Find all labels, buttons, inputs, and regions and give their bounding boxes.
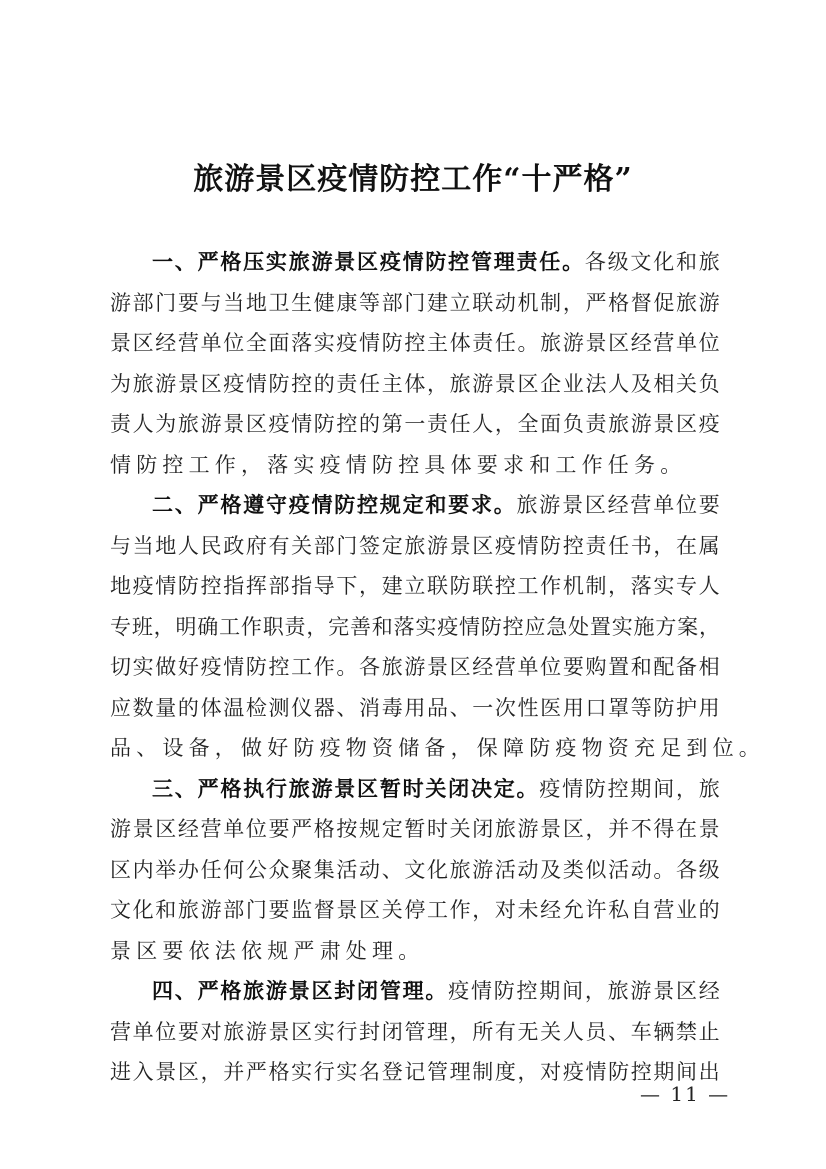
paragraph-line: 四、严格旅游景区封闭管理。疫情防控期间，旅游景区经 (110, 971, 720, 1012)
paragraph-line: 景区要依法依规严肃处理。 (110, 931, 720, 972)
paragraph-line: 景区经营单位全面落实疫情防控主体责任。旅游景区经营单位 (110, 323, 720, 364)
paragraph-line: 二、严格遵守疫情防控规定和要求。旅游景区经营单位要 (110, 485, 720, 526)
page-number: — 11 — (640, 1082, 730, 1106)
section-2: 二、严格遵守疫情防控规定和要求。旅游景区经营单位要 与当地人民政府有关部门签定旅… (110, 485, 720, 769)
paragraph-line: 为旅游景区疫情防控的责任主体，旅游景区企业法人及相关负 (110, 364, 720, 405)
paragraph-line: 营单位要对旅游景区实行封闭管理，所有无关人员、车辆禁止 (110, 1012, 720, 1053)
document-page: 旅游景区疫情防控工作“十严格” 一、严格压实旅游景区疫情防控管理责任。各级文化和… (0, 0, 826, 1169)
paragraph-line: 游部门要与当地卫生健康等部门建立联动机制，严格督促旅游 (110, 283, 720, 324)
paragraph-line: 三、严格执行旅游景区暂时关闭决定。疫情防控期间，旅 (110, 769, 720, 810)
paragraph-line: 游景区经营单位要严格按规定暂时关闭旅游景区，并不得在景 (110, 809, 720, 850)
paragraph-line: 专班，明确工作职责，完善和落实疫情防控应急处置实施方案， (110, 607, 720, 648)
paragraph-line: 区内举办任何公众聚集活动、文化旅游活动及类似活动。各级 (110, 850, 720, 891)
paragraph-line: 切实做好疫情防控工作。各旅游景区经营单位要购置和配备相 (110, 647, 720, 688)
section-3: 三、严格执行旅游景区暂时关闭决定。疫情防控期间，旅 游景区经营单位要严格按规定暂… (110, 769, 720, 972)
section-1: 一、严格压实旅游景区疫情防控管理责任。各级文化和旅 游部门要与当地卫生健康等部门… (110, 242, 720, 485)
paragraph-line: 一、严格压实旅游景区疫情防控管理责任。各级文化和旅 (110, 242, 720, 283)
paragraph-line: 文化和旅游部门要监督景区关停工作，对未经允许私自营业的 (110, 890, 720, 931)
document-title: 旅游景区疫情防控工作“十严格” (0, 158, 826, 202)
paragraph-line: 应数量的体温检测仪器、消毒用品、一次性医用口罩等防护用 (110, 688, 720, 729)
paragraph-line: 责人为旅游景区疫情防控的第一责任人，全面负责旅游景区疫 (110, 404, 720, 445)
section-4: 四、严格旅游景区封闭管理。疫情防控期间，旅游景区经 营单位要对旅游景区实行封闭管… (110, 971, 720, 1093)
paragraph-line: 进入景区，并严格实行实名登记管理制度，对疫情防控期间出 (110, 1052, 720, 1093)
paragraph-line: 品、设备，做好防疫物资储备，保障防疫物资充足到位。 (110, 728, 720, 769)
paragraph-line: 地疫情防控指挥部指导下，建立联防联控工作机制，落实专人 (110, 566, 720, 607)
paragraph-line: 与当地人民政府有关部门签定旅游景区疫情防控责任书，在属 (110, 526, 720, 567)
paragraph-line: 情防控工作，落实疫情防控具体要求和工作任务。 (110, 445, 720, 486)
document-body: 一、严格压实旅游景区疫情防控管理责任。各级文化和旅 游部门要与当地卫生健康等部门… (110, 242, 720, 1093)
